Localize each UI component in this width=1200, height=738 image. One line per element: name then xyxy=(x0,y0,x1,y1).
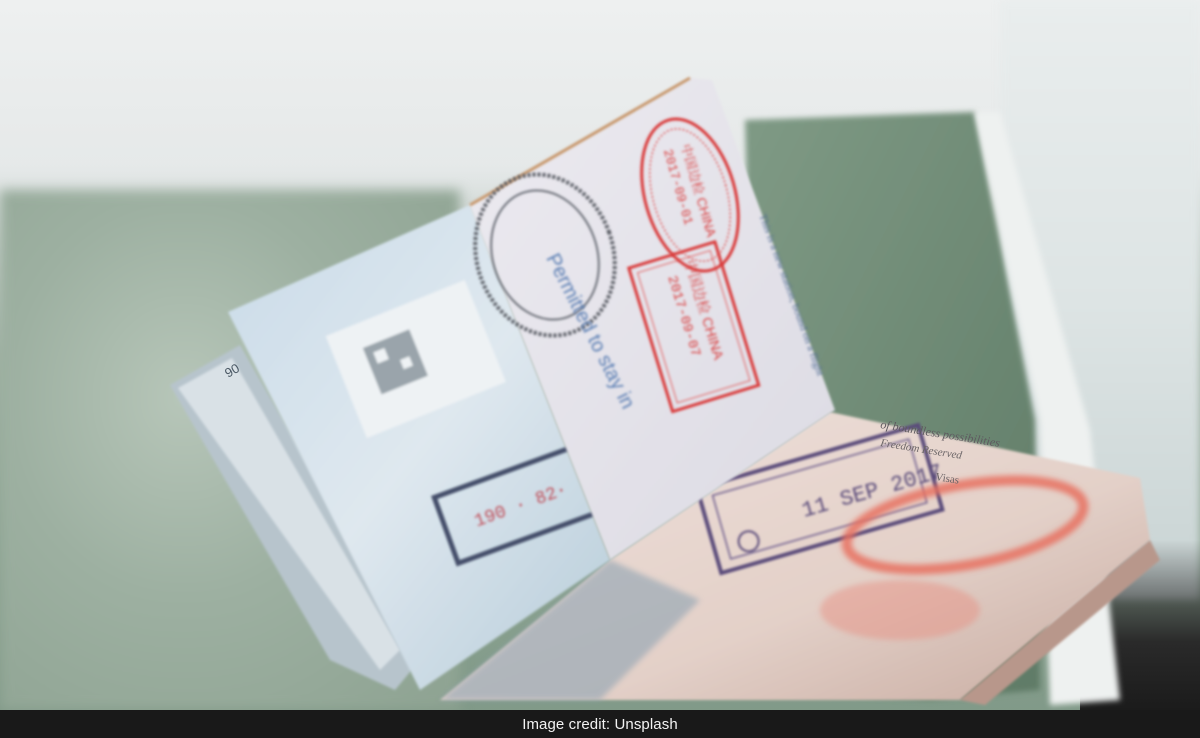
image-credit-caption: Image credit: Unsplash xyxy=(522,716,678,733)
caption-bar: Image credit: Unsplash xyxy=(0,710,1200,738)
photo-stage: 90 11 SEP 2017 of boundless possibilitie… xyxy=(0,0,1200,738)
passport-photo: 90 11 SEP 2017 of boundless possibilitie… xyxy=(0,0,1200,738)
